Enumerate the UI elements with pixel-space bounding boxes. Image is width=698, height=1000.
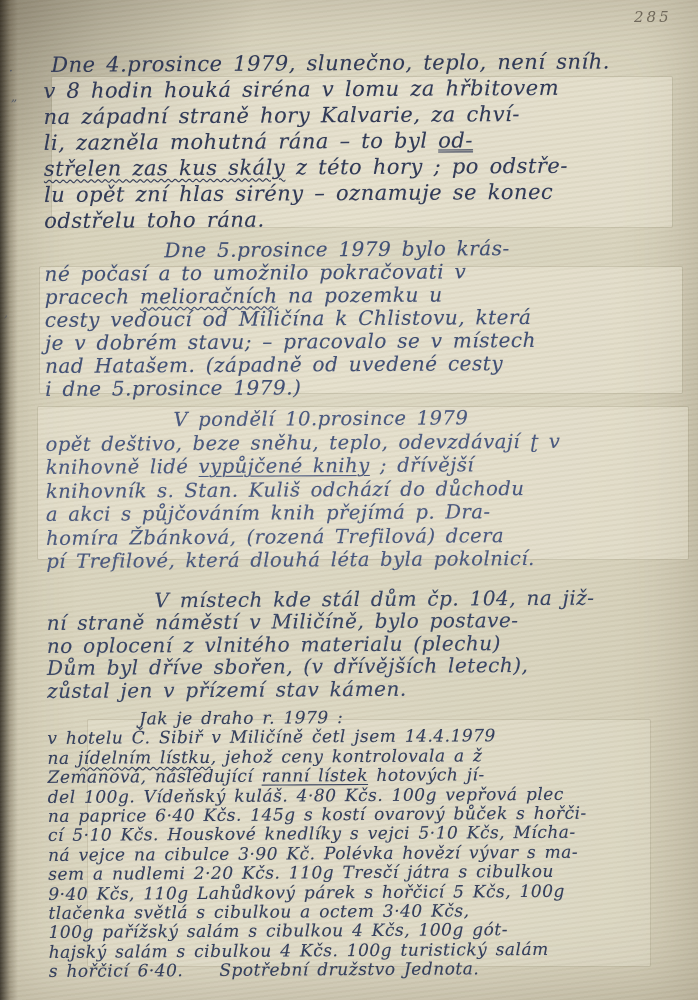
paragraph-5: Jak je draho r. 1979 :v hotelu Č. Sibiř …	[47, 707, 681, 983]
text-segment: 9·40 Kčs, 110g Lahůdkový párek s hořčicí…	[48, 881, 565, 904]
handwritten-line: na západní straně hory Kalvarie, za chví…	[43, 100, 675, 130]
text-segment: knihovník s. Stan. Kuliš odchází do důch…	[46, 477, 525, 503]
page-number: 285	[634, 8, 672, 26]
text-segment: Jak je draho r. 1979 :	[139, 708, 343, 729]
text-segment: Dne 4.prosince 1979, slunečno, teplo, ne…	[51, 49, 610, 76]
handwritten-line: i dne 5.prosince 1979.)	[45, 374, 677, 401]
handwritten-line: střelen zas kus skály z této hory ; po o…	[44, 152, 676, 182]
handwritten-line: lu opět zní hlas sirény – oznamuje se ko…	[44, 178, 676, 208]
text-segment: Dům byl dříve sbořen, (v dřívějších lete…	[47, 653, 529, 680]
handwritten-line: zůstal jen v přízemí stav kámen.	[47, 676, 679, 702]
text-segment: a akci s půjčováním knih přejímá p. Dra-	[46, 500, 491, 526]
text-segment: homíra Žbánková, (rozená Trefilová) dcer…	[46, 524, 504, 550]
text-segment: opět deštivo, beze sněhu, teplo, odevzdá…	[45, 429, 560, 455]
margin-ink-mark: ·	[9, 64, 13, 78]
handwritten-line: v 8 hodin houká siréna v lomu za hřbitov…	[43, 74, 675, 104]
handwritten-line: odstřelu toho rána.	[44, 204, 676, 234]
paragraph-2: Dne 5.prosince 1979 bylo krás-né počasí …	[44, 236, 677, 401]
underlined-text: střelen zas kus skály	[44, 155, 286, 180]
text-segment: ; dřívější	[370, 453, 474, 477]
text-segment: , jehož ceny kontrolovala a ž	[211, 746, 483, 768]
underlined-text: ranní lístek	[262, 766, 368, 787]
text-segment: lu opět zní hlas sirény – oznamuje se ko…	[44, 180, 553, 207]
underlined-text: vypůjčené knihy	[199, 454, 370, 478]
text-segment: pí Trefilové, která dlouhá léta byla pok…	[46, 547, 535, 573]
text-segment: odstřelu toho rána.	[44, 208, 265, 233]
text-segment: Zemanová, následující	[48, 767, 262, 788]
paragraph-4: V místech kde stál dům čp. 104, na již-n…	[46, 586, 679, 702]
book-gutter-shadow	[0, 0, 18, 1000]
text-segment: li, zazněla mohutná rána – to byl	[44, 129, 439, 155]
text-segment: na pozemku u	[278, 283, 443, 308]
handwritten-line: li, zazněla mohutná rána – to byl od-	[44, 126, 676, 156]
text-segment: Dne 5.prosince 1979 bylo krás-	[164, 236, 509, 262]
text-segment: zůstal jen v přízemí stav kámen.	[47, 676, 407, 702]
handwritten-text-block: Dne 4.prosince 1979, slunečno, teplo, ne…	[43, 48, 681, 983]
text-segment: s hořčicí 6·40.	[49, 961, 184, 982]
handwritten-line: pí Trefilové, která dlouhá léta byla pok…	[46, 546, 678, 573]
handwritten-line: V místech kde stál dům čp. 104, na již-	[46, 586, 678, 612]
text-segment: V místech kde stál dům čp. 104, na již-	[154, 585, 594, 612]
underlined-text: jídelním lístku	[78, 748, 211, 769]
text-segment: hotových jí-	[368, 765, 485, 786]
text-segment: nad Hatašem. (západně od uvedené cesty	[45, 351, 503, 378]
margin-ink-mark: ‚	[4, 306, 8, 320]
text-segment: i dne 5.prosince 1979.)	[45, 375, 301, 401]
chronicle-page-photo: 285 · „ ‚ Dne 4.prosince 1979, slunečno,…	[0, 0, 698, 1000]
text-segment: na západní straně hory Kalvarie, za chví…	[43, 102, 519, 129]
text-segment: na	[47, 749, 78, 769]
paragraph-1: Dne 4.prosince 1979, slunečno, teplo, ne…	[43, 48, 676, 234]
paragraph-3: V pondělí 10.prosince 1979opět deštivo, …	[45, 405, 678, 573]
handwritten-line: Dne 4.prosince 1979, slunečno, teplo, ne…	[43, 48, 675, 78]
text-segment: Spotřební družstvo Jednota.	[219, 960, 479, 982]
handwritten-line: s hořčicí 6·40.Spotřební družstvo Jednot…	[49, 959, 681, 982]
margin-ink-mark: „	[11, 90, 17, 104]
text-segment: V pondělí 10.prosince 1979	[173, 406, 468, 431]
text-segment: v 8 hodin houká siréna v lomu za hřbitov…	[43, 76, 559, 103]
text-segment: knihovně lidé	[46, 455, 199, 479]
underlined-text: melioračních	[140, 284, 278, 309]
text-segment: pracech	[45, 284, 140, 309]
text-segment: z této hory ; po odstře-	[285, 154, 568, 180]
underlined-text: od-	[438, 128, 473, 152]
